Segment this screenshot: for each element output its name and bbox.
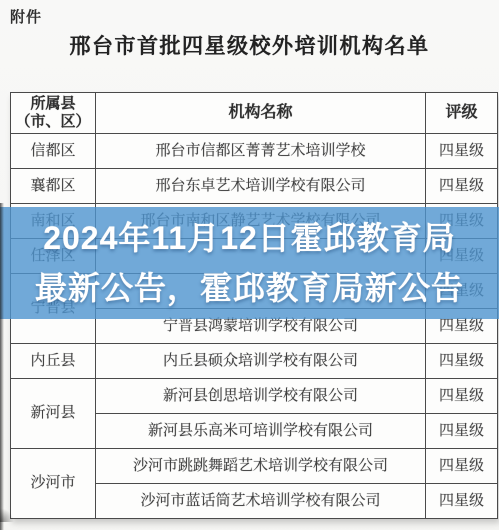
county-header-line2: （市、区） (11, 113, 95, 131)
table-row: 沙河市 沙河市跳跳舞蹈艺术培训学校有限公司 四星级 (11, 449, 498, 484)
county-cell: 内丘县 (11, 344, 96, 379)
rating-cell: 四星级 (426, 484, 498, 519)
column-header-rating: 评级 (426, 93, 498, 134)
table-header-row: 所属县 （市、区） 机构名称 评级 (11, 93, 498, 134)
table-row: 信都区 邢台市信都区菁菁艺术培训学校 四星级 (11, 134, 498, 169)
attachment-label: 附件 (10, 6, 42, 27)
table-row: 襄都区 邢台东卓艺术培训学校有限公司 四星级 (11, 169, 498, 204)
scanned-document: 附件 邢台市首批四星级校外培训机构名单 所属县 （市、区） 机构名称 评级 信都… (0, 0, 499, 530)
table-row: 内丘县 内丘县硕众培训学校有限公司 四星级 (11, 344, 498, 379)
rating-cell: 四星级 (426, 344, 498, 379)
institution-cell: 新河县创思培训学校有限公司 (96, 379, 426, 414)
rating-cell: 四星级 (426, 449, 498, 484)
county-cell: 新河县 (11, 379, 96, 449)
county-header-line1: 所属县 (11, 95, 95, 113)
institution-cell: 沙河市跳跳舞蹈艺术培训学校有限公司 (96, 449, 426, 484)
rating-cell: 四星级 (426, 169, 498, 204)
institution-cell: 邢台市信都区菁菁艺术培训学校 (96, 134, 426, 169)
column-header-institution: 机构名称 (96, 93, 426, 134)
rating-cell: 四星级 (426, 379, 498, 414)
rating-cell: 四星级 (426, 414, 498, 449)
page-corner-shadow (0, 508, 14, 522)
institution-cell: 沙河市蓝话筒艺术培训学校有限公司 (96, 484, 426, 519)
column-header-county: 所属县 （市、区） (11, 93, 96, 134)
institution-cell: 新河县乐高米可培训学校有限公司 (96, 414, 426, 449)
banner-line1: 2024年11月12日霍邱教育局 (0, 213, 499, 263)
page-edge-shadow (0, 203, 4, 530)
county-cell: 信都区 (11, 134, 96, 169)
county-cell: 襄都区 (11, 169, 96, 204)
institution-cell: 内丘县硕众培训学校有限公司 (96, 344, 426, 379)
county-cell: 沙河市 (11, 449, 96, 519)
institution-cell: 邢台东卓艺术培训学校有限公司 (96, 169, 426, 204)
rating-cell: 四星级 (426, 134, 498, 169)
page-title: 邢台市首批四星级校外培训机构名单 (0, 30, 499, 60)
announcement-banner: 2024年11月12日霍邱教育局 最新公告，霍邱教育局新公告 (0, 207, 499, 319)
banner-line2: 最新公告，霍邱教育局新公告 (0, 263, 499, 313)
table-row: 新河县 新河县创思培训学校有限公司 四星级 (11, 379, 498, 414)
